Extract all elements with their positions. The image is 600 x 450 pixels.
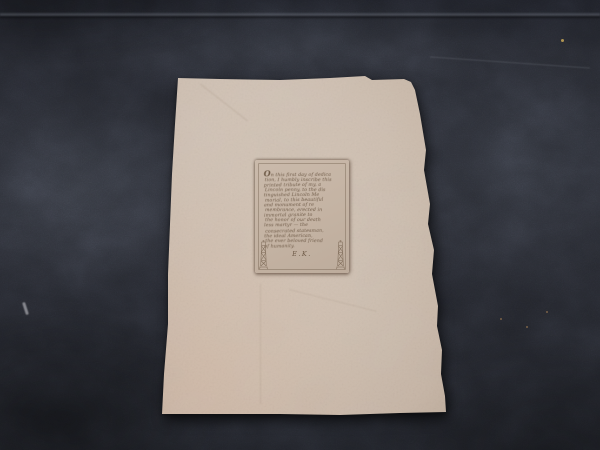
surface-speck-brown <box>526 326 528 328</box>
inscription-line: Lincoln penny, to the dis <box>265 188 344 193</box>
paper-crease <box>200 84 248 122</box>
artist-monogram: E.K. <box>255 250 349 258</box>
etched-plate: On this first day of dedica tion, I humb… <box>255 160 349 273</box>
inscription-line: the honor of our death <box>265 218 344 223</box>
surface-seam-line <box>0 12 600 19</box>
paper-sheet: On this first day of dedica tion, I humb… <box>160 74 450 418</box>
surface-speck-brown <box>546 311 548 313</box>
inscription-line: consecrated statesman, <box>265 228 344 234</box>
inscription-line: of humanity. <box>264 243 344 249</box>
surface-speck-yellow <box>561 39 564 42</box>
photo-scene: On this first day of dedica tion, I humb… <box>0 0 600 450</box>
paper-crease <box>260 284 261 404</box>
paper-sheet-wrapper: On this first day of dedica tion, I humb… <box>160 74 450 418</box>
inscription-text: On this first day of dedica tion, I humb… <box>264 171 345 249</box>
surface-speck-brown <box>500 318 502 320</box>
paper-crease <box>289 289 377 312</box>
